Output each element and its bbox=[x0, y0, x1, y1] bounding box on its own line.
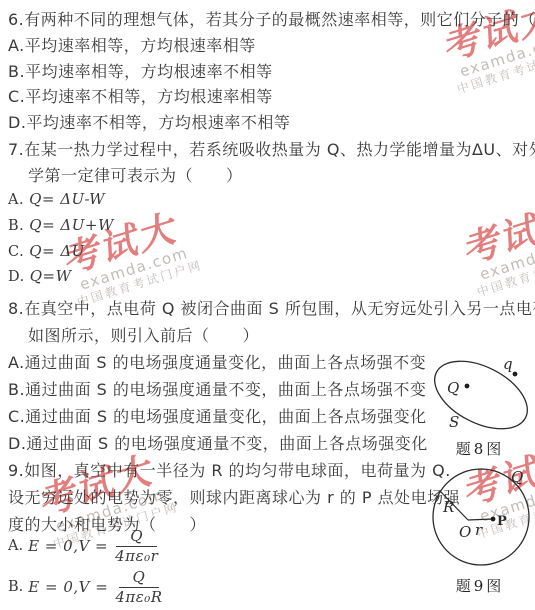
outer-charge-dot bbox=[513, 372, 518, 377]
formula: Q=W bbox=[30, 267, 72, 285]
q7-option-d: D.Q=W bbox=[8, 266, 72, 285]
fraction-denominator: 4πε₀R bbox=[115, 588, 162, 606]
radius-label: R bbox=[442, 498, 454, 516]
q7-stem-line1: 7.在某一热力学过程中，若系统吸收热量为 Q、热力学能增量为ΔU、对外做功为 W… bbox=[8, 137, 535, 160]
q7-stem-line2: 学第一定律可表示为（ ） bbox=[28, 163, 243, 186]
q6-option-c: C.平均速率不相等，方均根速率相等 bbox=[8, 84, 273, 107]
equation-prefix: E = 0,V = bbox=[28, 578, 108, 596]
charge-label: Q bbox=[511, 468, 523, 486]
option-label: A. bbox=[8, 192, 24, 208]
q9-option-a: A. E = 0,V = Q 4πε₀r bbox=[8, 524, 158, 568]
q8-option-c: C.通过曲面 S 的电场强度通量变化，曲面上各点场强变化 bbox=[8, 404, 427, 427]
q6-option-b: B.平均速率相等，方均根速率不相等 bbox=[8, 59, 273, 82]
fraction-numerator: Q bbox=[116, 528, 157, 547]
q8-option-a: A.通过曲面 S 的电场强度通量变化，曲面上各点场强不变 bbox=[8, 350, 426, 373]
q6-stem: 6.有两种不同的理想气体，若其分子的最概然速率相等，则它们分子的（ ） bbox=[8, 7, 535, 30]
fraction: Q 4πε₀R bbox=[115, 569, 162, 606]
q8-option-b: B.通过曲面 S 的电场强度通量不变，曲面上各点场强不变 bbox=[8, 377, 426, 400]
q9-stem-line2: 设无穷远处的电势为零，则球内距离球心为 r 的 P 点处电场强 bbox=[8, 485, 460, 508]
distance-line bbox=[468, 519, 493, 520]
exam-page: { "colors": { "text": "#3a3a3a", "waterm… bbox=[0, 0, 535, 610]
inner-charge-label: Q bbox=[447, 379, 459, 397]
fraction-denominator: 4πε₀r bbox=[115, 547, 158, 565]
inner-charge-dot bbox=[465, 384, 470, 389]
option-label: B. bbox=[8, 579, 23, 595]
q6-option-a: A.平均速率相等，方均根速率相等 bbox=[8, 33, 256, 56]
fraction: Q 4πε₀r bbox=[115, 528, 158, 565]
closed-surface-ellipse bbox=[425, 350, 535, 436]
watermark-brand: 考试大 bbox=[457, 194, 535, 269]
fraction-numerator: Q bbox=[119, 569, 160, 588]
surface-label: S bbox=[449, 413, 459, 431]
q9-stem-line1: 9.如图，真空中有一半径为 R 的均匀带电球面，电荷量为 Q. bbox=[8, 458, 451, 481]
distance-label: r bbox=[475, 521, 483, 539]
q8-stem-line1: 8.在真空中，点电荷 Q 被闭合曲面 S 所包围，从无穷远处引入另一点电荷 q … bbox=[8, 296, 535, 319]
option-label: C. bbox=[8, 244, 24, 260]
formula: Q= ΔU-W bbox=[29, 190, 105, 208]
point-label: P bbox=[497, 514, 507, 529]
watermark-domain: examda.com bbox=[478, 232, 535, 283]
center-label: O bbox=[459, 523, 471, 541]
watermark-slogan: 中国教育考试门户网 bbox=[476, 249, 535, 300]
formula: Q= ΔU+W bbox=[29, 216, 114, 234]
q7-option-b: B.Q= ΔU+W bbox=[8, 215, 114, 234]
q6-option-d: D.平均速率不相等，方均根速率不相等 bbox=[8, 110, 290, 133]
figure-q8: Q q S 题8图 bbox=[425, 350, 535, 459]
q9-option-b: B. E = 0,V = Q 4πε₀R bbox=[8, 565, 163, 609]
q8-option-d: D.通过曲面 S 的电场强度通量不变，曲面上各点场强变化 bbox=[8, 431, 428, 454]
figure-q8-caption: 题8图 bbox=[425, 438, 535, 459]
q7-option-c: C.Q= ΔU bbox=[8, 241, 85, 260]
watermark-slogan: 中国教育考试门户网 bbox=[456, 46, 535, 97]
option-label: A. bbox=[8, 538, 23, 554]
equation-prefix: E = 0,V = bbox=[28, 537, 108, 555]
q7-option-a: A.Q= ΔU-W bbox=[8, 189, 105, 208]
point-p-dot bbox=[491, 517, 496, 522]
charged-sphere-diagram: R O r P Q bbox=[425, 463, 535, 573]
formula: Q= ΔU bbox=[29, 242, 85, 260]
option-label: D. bbox=[8, 269, 25, 285]
watermark-mid-right: 考试大 examda.com 中国教育考试门户网 bbox=[457, 194, 535, 300]
watermark-domain: examda.com bbox=[458, 29, 535, 80]
figure-q9-caption: 题9图 bbox=[425, 575, 535, 596]
watermark-domain: examda.com bbox=[78, 242, 200, 293]
option-label: B. bbox=[8, 218, 24, 234]
gauss-surface-diagram: Q q S bbox=[425, 350, 535, 436]
outer-charge-label: q bbox=[503, 355, 513, 373]
q8-stem-line2: 如图所示，则引入前后（ ） bbox=[28, 323, 259, 346]
figure-q9: R O r P Q 题9图 bbox=[425, 463, 535, 596]
